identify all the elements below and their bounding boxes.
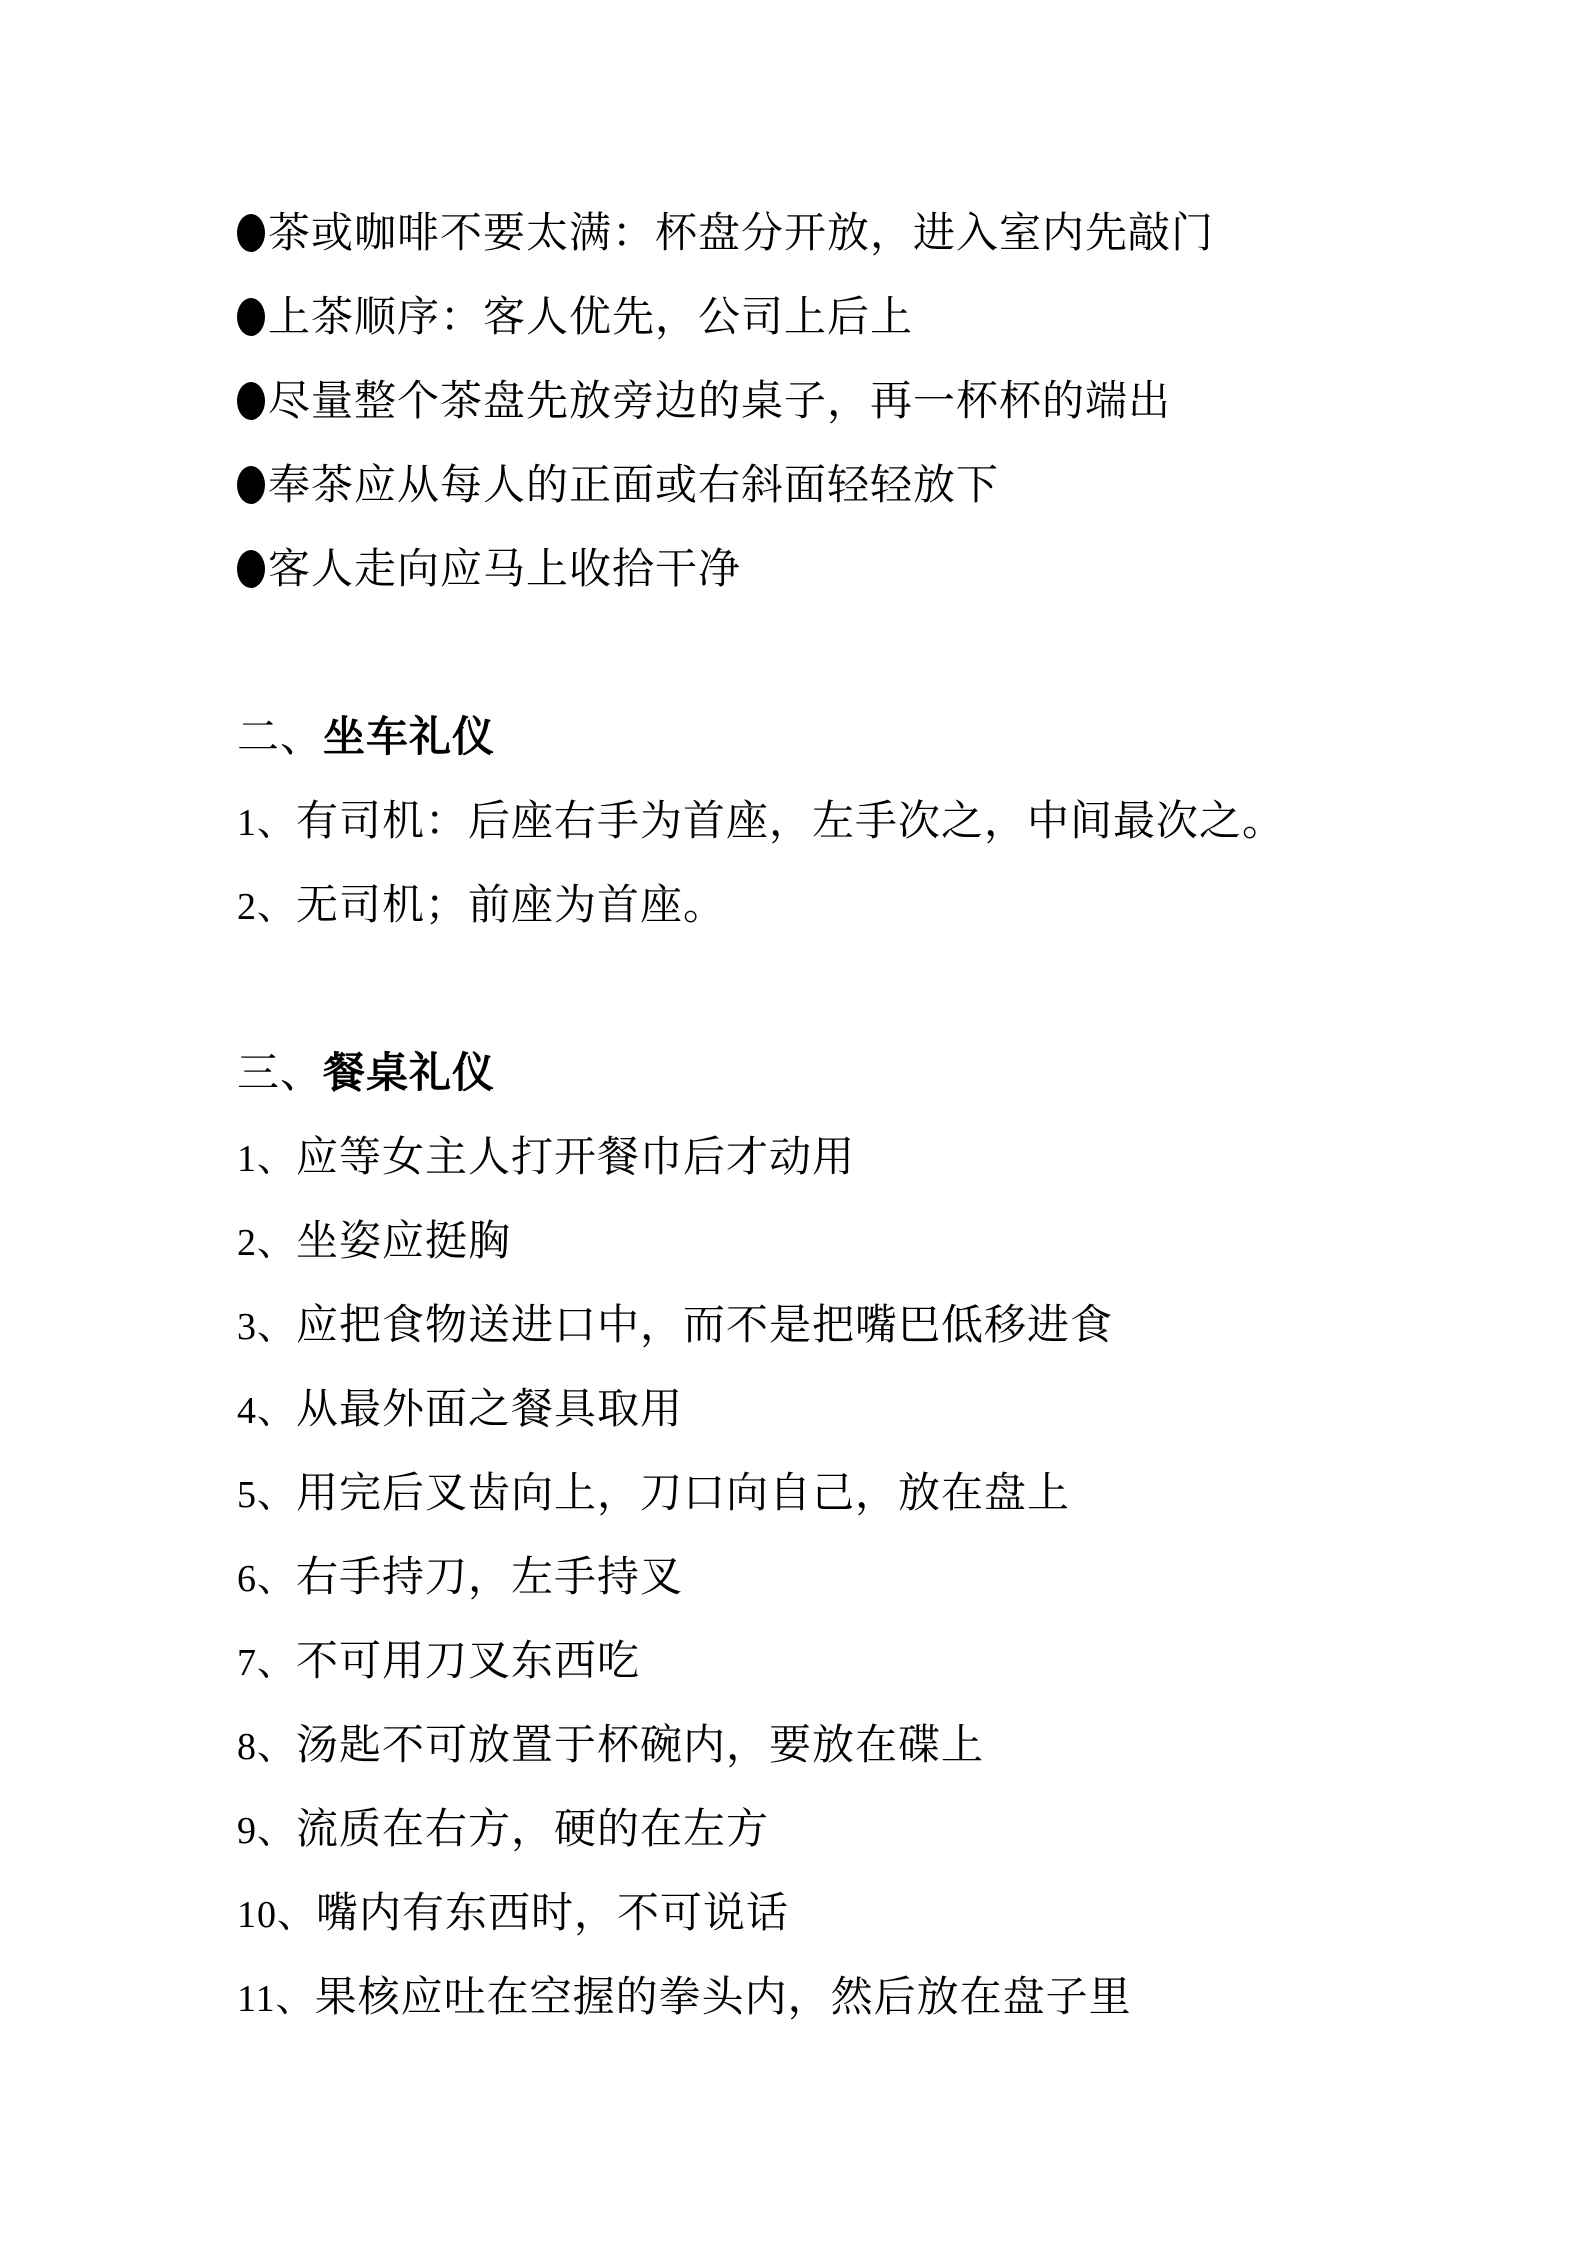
list-item: 客人走向应马上收拾干净: [237, 528, 1527, 612]
list-item: 1、有司机：后座右手为首座，左手次之，中间最次之。: [237, 780, 1527, 864]
list-item-text: 客人走向应马上收拾干净: [268, 547, 741, 593]
bullet-icon: [237, 214, 265, 252]
list-item-text: 坐姿应挺胸: [296, 1219, 511, 1265]
list-item-text: 应等女主人打开餐巾后才动用: [296, 1135, 855, 1181]
section-number: 二、: [237, 715, 323, 761]
item-number: 8、: [237, 1726, 296, 1768]
item-number: 9、: [237, 1810, 296, 1852]
list-item: 11、果核应吐在空握的拳头内，然后放在盘子里: [237, 1956, 1527, 2040]
list-item-text: 嘴内有东西时，不可说话: [316, 1891, 789, 1937]
list-item: 奉茶应从每人的正面或右斜面轻轻放下: [237, 444, 1527, 528]
item-number: 10、: [237, 1894, 316, 1936]
list-item: 上茶顺序：客人优先，公司上后上: [237, 276, 1527, 360]
list-item: 尽量整个茶盘先放旁边的桌子，再一杯杯的端出: [237, 360, 1527, 444]
list-item-text: 无司机；前座为首座。: [296, 883, 726, 929]
section-number: 三、: [237, 1051, 323, 1097]
item-number: 3、: [237, 1306, 296, 1348]
item-number: 7、: [237, 1642, 296, 1684]
list-item-text: 用完后叉齿向上，刀口向自己，放在盘上: [296, 1471, 1070, 1517]
item-number: 2、: [237, 886, 296, 928]
item-number: 6、: [237, 1558, 296, 1600]
section-heading: 二、坐车礼仪: [237, 696, 1527, 780]
list-item: 8、汤匙不可放置于杯碗内，要放在碟上: [237, 1704, 1527, 1788]
list-item: 3、应把食物送进口中，而不是把嘴巴低移进食: [237, 1284, 1527, 1368]
list-item: 4、从最外面之餐具取用: [237, 1368, 1527, 1452]
list-item-text: 不可用刀叉东西吃: [296, 1639, 640, 1685]
section-car-etiquette: 二、坐车礼仪 1、有司机：后座右手为首座，左手次之，中间最次之。 2、无司机；前…: [237, 696, 1527, 948]
list-item-text: 应把食物送进口中，而不是把嘴巴低移进食: [296, 1303, 1113, 1349]
list-item-text: 尽量整个茶盘先放旁边的桌子，再一杯杯的端出: [268, 379, 1171, 425]
item-number: 11、: [237, 1978, 315, 2020]
list-item-text: 茶或咖啡不要太满：杯盘分开放，进入室内先敲门: [268, 211, 1214, 257]
list-item-text: 有司机：后座右手为首座，左手次之，中间最次之。: [296, 799, 1285, 845]
list-item-text: 右手持刀，左手持叉: [296, 1555, 683, 1601]
list-item: 茶或咖啡不要太满：杯盘分开放，进入室内先敲门: [237, 192, 1527, 276]
section-title: 餐桌礼仪: [323, 1051, 495, 1097]
list-item-text: 流质在右方，硬的在左方: [296, 1807, 769, 1853]
list-item: 2、无司机；前座为首座。: [237, 864, 1527, 948]
list-item-text: 果核应吐在空握的拳头内，然后放在盘子里: [315, 1975, 1132, 2021]
list-item: 7、不可用刀叉东西吃: [237, 1620, 1527, 1704]
list-item-text: 汤匙不可放置于杯碗内，要放在碟上: [296, 1723, 984, 1769]
list-item: 5、用完后叉齿向上，刀口向自己，放在盘上: [237, 1452, 1527, 1536]
list-item: 2、坐姿应挺胸: [237, 1200, 1527, 1284]
list-item-text: 奉茶应从每人的正面或右斜面轻轻放下: [268, 463, 999, 509]
list-item: 9、流质在右方，硬的在左方: [237, 1788, 1527, 1872]
list-item: 1、应等女主人打开餐巾后才动用: [237, 1116, 1527, 1200]
section-heading: 三、餐桌礼仪: [237, 1032, 1527, 1116]
bullet-icon: [237, 550, 265, 588]
list-item-text: 上茶顺序：客人优先，公司上后上: [268, 295, 913, 341]
item-number: 4、: [237, 1390, 296, 1432]
document-page: 茶或咖啡不要太满：杯盘分开放，进入室内先敲门 上茶顺序：客人优先，公司上后上 尽…: [0, 0, 1587, 2040]
list-item: 10、嘴内有东西时，不可说话: [237, 1872, 1527, 1956]
list-item-text: 从最外面之餐具取用: [296, 1387, 683, 1433]
item-number: 2、: [237, 1222, 296, 1264]
list-item: 6、右手持刀，左手持叉: [237, 1536, 1527, 1620]
bullet-icon: [237, 466, 265, 504]
tea-etiquette-bullet-list: 茶或咖啡不要太满：杯盘分开放，进入室内先敲门 上茶顺序：客人优先，公司上后上 尽…: [237, 192, 1527, 612]
bullet-icon: [237, 382, 265, 420]
section-title: 坐车礼仪: [323, 715, 495, 761]
item-number: 5、: [237, 1474, 296, 1516]
item-number: 1、: [237, 802, 296, 844]
item-number: 1、: [237, 1138, 296, 1180]
bullet-icon: [237, 298, 265, 336]
section-table-etiquette: 三、餐桌礼仪 1、应等女主人打开餐巾后才动用 2、坐姿应挺胸 3、应把食物送进口…: [237, 1032, 1527, 2040]
